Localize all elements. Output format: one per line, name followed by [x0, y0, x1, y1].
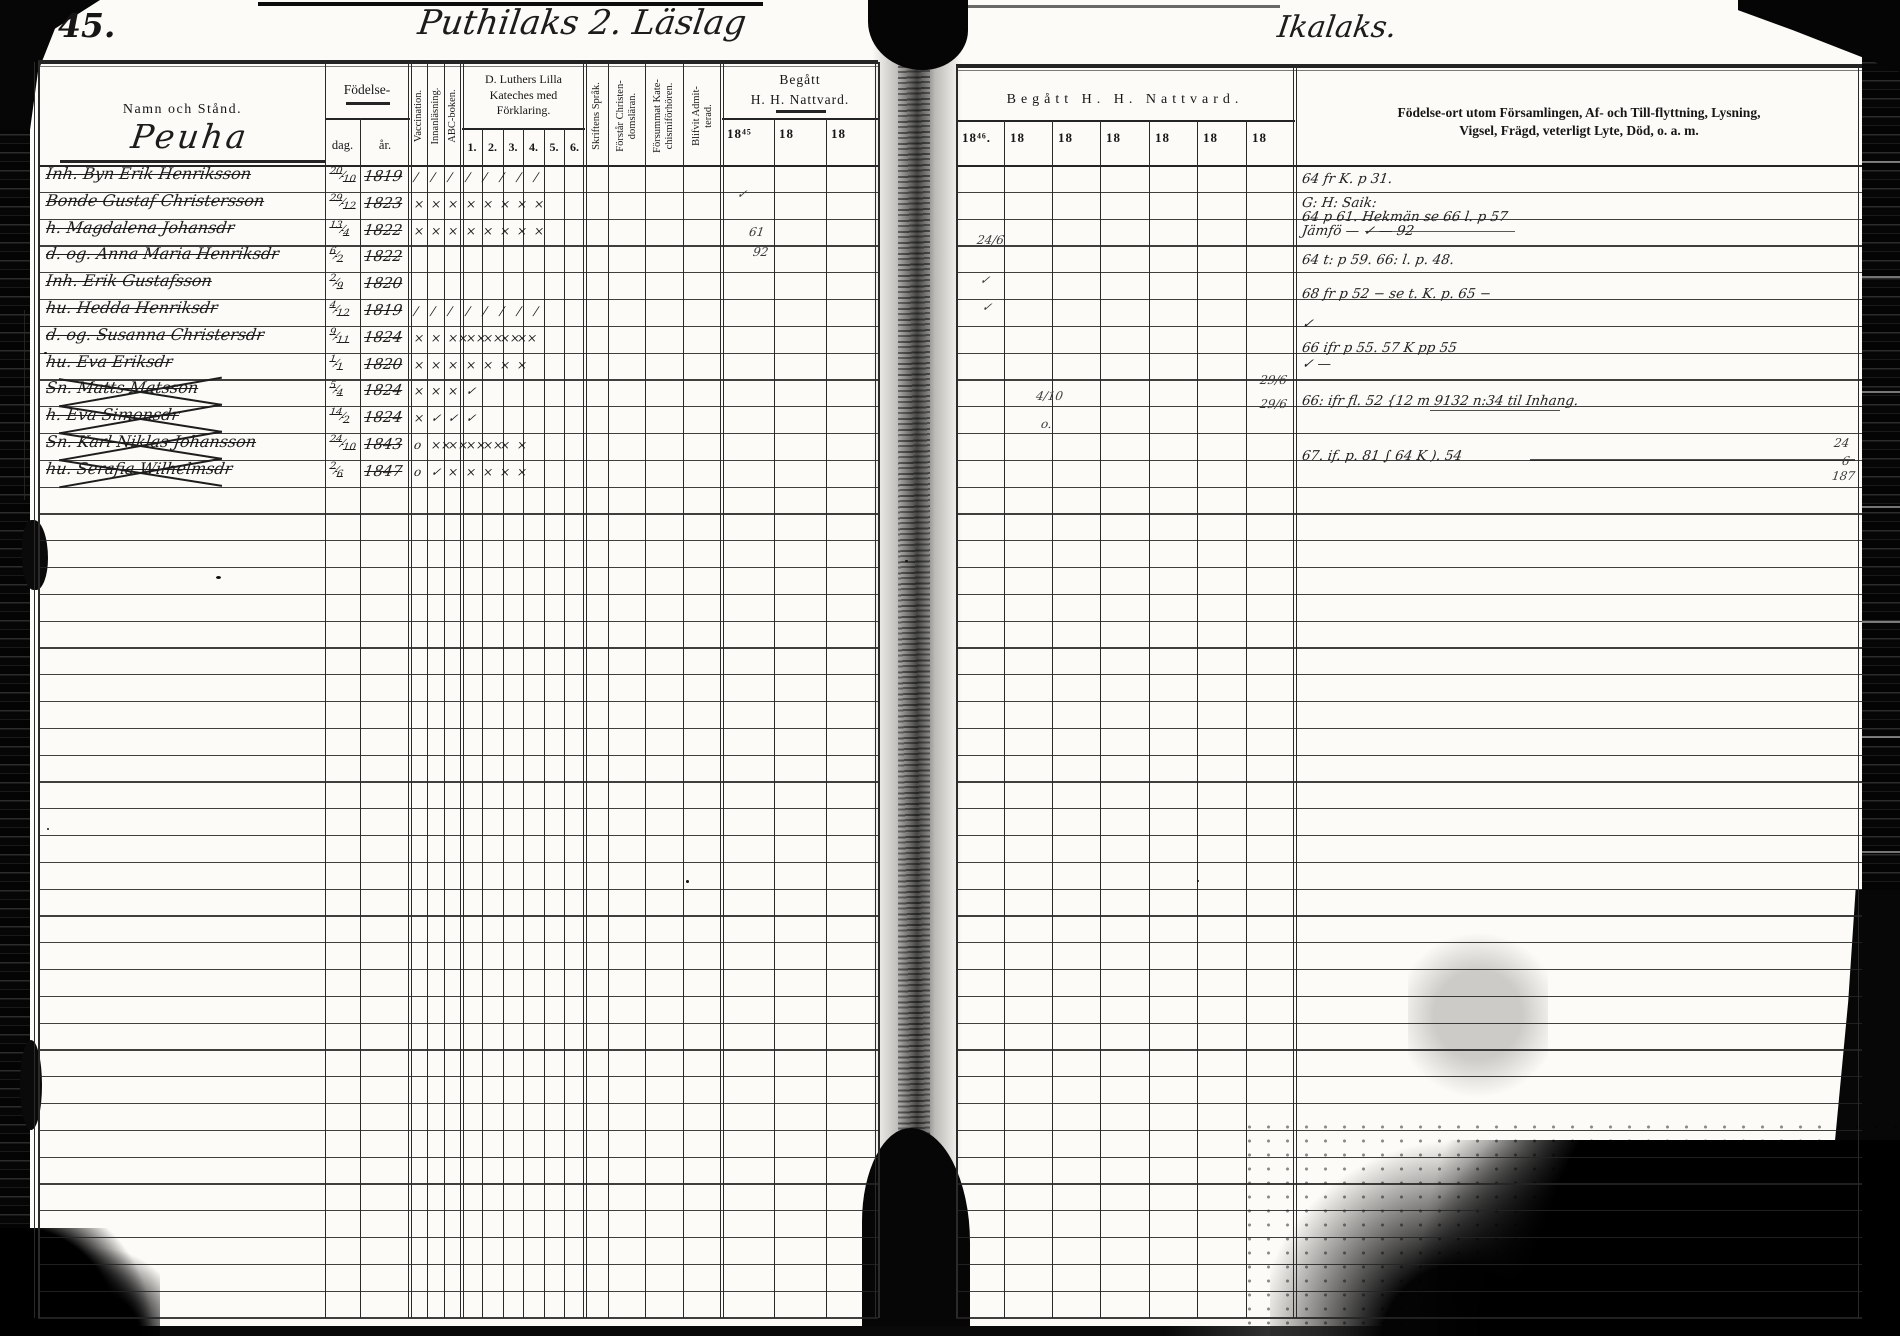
- header-separator-line: [722, 118, 878, 120]
- entry-mark: ✓: [430, 412, 442, 425]
- scan-speck: [686, 880, 689, 883]
- column-line: [34, 62, 35, 1318]
- communion-year-label-right: 18⁴⁶.: [962, 130, 991, 146]
- entry-mark: ×: [465, 198, 477, 211]
- entry-birth-year: 1847: [363, 464, 403, 480]
- entry-mark: ✓: [448, 412, 460, 425]
- ruled-line-left: [38, 1183, 878, 1184]
- column-header-catechism: D. Luthers Lilla Kateches med Förklaring…: [462, 72, 585, 119]
- entry-mark: ×: [430, 225, 442, 238]
- communion-year-label-right: 18: [1058, 130, 1073, 146]
- column-header-vaccination: Vaccination.: [413, 68, 425, 164]
- column-header-remarks: Födelse-ort utom Församlingen, Af- och T…: [1300, 104, 1858, 140]
- ruled-line-left: [38, 540, 878, 541]
- column-line: [38, 62, 40, 1318]
- column-line: [1052, 120, 1053, 1318]
- communion-pencil-note: 24/6: [976, 234, 1005, 247]
- ruled-line-left: [38, 728, 878, 729]
- ruled-line-right: [956, 1076, 1862, 1077]
- ruled-line-left: [38, 1103, 878, 1104]
- entry-mark: ×: [499, 359, 511, 372]
- ruled-line-left: [38, 1210, 878, 1211]
- scan-bottom-right-speckle: [1240, 1120, 1900, 1330]
- entry-birth-day: 9⁄11: [328, 328, 352, 347]
- remark-note: 66 ifr p 55. 57 K pp 55: [1301, 341, 1458, 355]
- ruled-line-left: [38, 835, 878, 836]
- ruled-line-left: [38, 1317, 878, 1318]
- column-line: [411, 62, 412, 1318]
- ruled-line-right: [956, 1183, 1862, 1184]
- column-line: [826, 118, 827, 1318]
- column-header-name: Namn och Stånd.: [60, 102, 305, 118]
- ruled-line-right: [956, 1023, 1862, 1024]
- scan-speck: [905, 560, 908, 562]
- ruled-line-right: [956, 1130, 1862, 1131]
- column-line: [583, 62, 584, 1318]
- scan-speck: [216, 576, 221, 579]
- column-line: [544, 128, 545, 1318]
- communion-pencil-note: ✓: [979, 274, 991, 287]
- ruled-line-left: [38, 1157, 878, 1158]
- entry-birth-year: 1822: [363, 249, 403, 265]
- entry-mark: ×: [413, 385, 425, 398]
- ruled-line-left: [38, 969, 878, 970]
- scan-top-edge-line2: [950, 5, 1280, 8]
- entry-birth-year: 1843: [363, 437, 403, 453]
- column-line: [586, 62, 587, 1318]
- entry-mark: ×: [465, 359, 477, 372]
- remark-note: 66: ifr fl. 52 {12 m 9132 n:34 til Inhan…: [1301, 394, 1579, 408]
- column-line: [875, 62, 876, 1318]
- ruled-line-left: [38, 621, 878, 622]
- scan-corner-top-right: [1738, 0, 1900, 72]
- column-line: [1296, 66, 1297, 1318]
- entry-row-name: d. og. Susanna Christersdr: [45, 327, 322, 344]
- entry-mark: ×: [499, 225, 511, 238]
- entry-mark: o: [413, 466, 422, 479]
- ruled-line-right: [956, 755, 1862, 756]
- communion-pencil-note: ✓: [981, 301, 993, 314]
- column-header-birth-year: år.: [360, 138, 410, 153]
- ruled-line-right: [956, 1317, 1862, 1318]
- ruled-line-right: [956, 192, 1862, 193]
- entry-mark: /: [499, 305, 505, 318]
- entry-mark: ×: [430, 332, 442, 345]
- ruled-line-left: [38, 1049, 878, 1050]
- table-top-border-left2: [38, 66, 878, 67]
- remark-trailing-stroke: [1530, 459, 1855, 461]
- column-line: [774, 118, 775, 1318]
- column-line: [1293, 66, 1294, 1318]
- ruled-line-right: [956, 728, 1862, 729]
- column-header-birth: Födelse-: [327, 82, 407, 98]
- entry-mark: ×: [499, 466, 511, 479]
- ruled-line-left: [38, 1291, 878, 1292]
- communion-pencil-note: 29/6: [1259, 398, 1288, 411]
- entry-mark: /: [516, 305, 522, 318]
- entry-row-name: hu. Hedda Henriksdr: [45, 300, 322, 317]
- remark-note: ✓ —: [1301, 357, 1332, 371]
- column-line: [1004, 120, 1005, 1318]
- ruled-line-left: [38, 1264, 878, 1265]
- scanned-parish-register-spread: 45. Puthilaks 2. Läslag Ikalaks. Namn oc…: [0, 0, 1900, 1336]
- entry-mark: ×: [448, 359, 460, 372]
- ruled-line-right: [956, 808, 1862, 809]
- entry-mark: ×: [448, 466, 460, 479]
- ruled-line-right: [956, 701, 1862, 702]
- ruled-line-right: [956, 621, 1862, 622]
- communion-year-label-left: 18⁴⁵: [727, 126, 752, 142]
- ruled-line-right: [956, 165, 1862, 167]
- ruled-line-right: [956, 1237, 1862, 1238]
- catechism-col-number: 1.: [462, 140, 482, 155]
- entry-row-name: Bonde Gustaf Christersson: [45, 193, 322, 210]
- header-separator-line: [325, 118, 410, 120]
- remark-note: 67. if. p. 81 ∫ 64 K ). 54: [1301, 449, 1463, 463]
- entry-mark: ×: [499, 198, 511, 211]
- entry-birth-day: 2⁄9: [328, 274, 345, 293]
- column-line: [408, 62, 409, 1318]
- ruled-line-right: [956, 969, 1862, 970]
- entry-birth-day: 4⁄12: [328, 301, 352, 320]
- scan-speck: [1197, 880, 1199, 882]
- entry-mark: /: [534, 171, 540, 184]
- column-line: [878, 62, 880, 1318]
- entry-birth-day: 24⁄10: [328, 435, 358, 454]
- ruled-line-right: [956, 889, 1862, 890]
- entry-mark: ×: [448, 385, 460, 398]
- column-header-scripture: Skriftens Språk.: [591, 68, 603, 164]
- ruled-line-right: [956, 647, 1862, 648]
- page-number: 45.: [58, 6, 115, 45]
- village-underline: [60, 160, 325, 163]
- entry-birth-year: 1819: [363, 169, 403, 185]
- ruled-line-left: [38, 487, 878, 488]
- entry-row-name: d. og. Anna Maria Henriksdr: [45, 246, 322, 263]
- entry-row-name: Inh. Byn Erik Henriksson: [45, 166, 322, 183]
- ruled-line-left: [38, 647, 878, 648]
- remark-note: 68 fr p 52 − se t. K. p. 65 −: [1301, 287, 1492, 301]
- column-line: [1197, 120, 1198, 1318]
- column-line: [427, 62, 428, 1318]
- column-line: [460, 62, 461, 1318]
- entry-mark: ×: [413, 225, 425, 238]
- ruled-line-left: [38, 755, 878, 756]
- entry-mark: o: [413, 439, 422, 452]
- entry-mark: ×: [482, 359, 494, 372]
- entry-birth-day: 1⁄1: [328, 355, 345, 374]
- ruled-line-left: [38, 1237, 878, 1238]
- right-page-title: Ikalaks.: [1220, 12, 1454, 44]
- entry-mark: /: [448, 171, 454, 184]
- entry-birth-year: 1819: [363, 303, 403, 319]
- entry-mark: ×: [516, 198, 528, 211]
- communion-pencil-note: 92: [752, 246, 769, 259]
- ruled-line-right: [956, 567, 1862, 568]
- scan-speck: [44, 352, 47, 354]
- column-line: [1246, 120, 1247, 1318]
- ruled-line-left: [38, 889, 878, 890]
- entry-mark: /: [448, 305, 454, 318]
- entry-birth-day: 5⁄4: [328, 381, 345, 400]
- header-separator-line: [956, 120, 1295, 122]
- column-line: [723, 62, 724, 1318]
- entry-mark: ×: [516, 466, 528, 479]
- edge-note: 6: [1841, 455, 1850, 468]
- entry-mark: /: [516, 171, 522, 184]
- entry-mark: /: [465, 305, 471, 318]
- table-top-border-left: [38, 60, 878, 64]
- entry-mark: ×: [516, 439, 528, 452]
- entry-row-name: h. Magdalena Johansdr: [45, 220, 322, 237]
- communion-year-label-right: 18: [1155, 130, 1170, 146]
- margin-stub-line: [24, 310, 25, 500]
- entry-mark: ×: [465, 225, 477, 238]
- ruled-line-right: [956, 1049, 1862, 1050]
- entry-birth-day: 20⁄10: [328, 167, 358, 186]
- ruled-line-left: [38, 674, 878, 675]
- communion-year-label-right: 18: [1106, 130, 1121, 146]
- ruled-line-left: [38, 1130, 878, 1131]
- entry-birth-year: 1822: [363, 223, 403, 239]
- ruled-line-left: [38, 594, 878, 595]
- communion-pencil-note: o.: [1040, 418, 1053, 431]
- communion-year-label-right: 18: [1203, 130, 1218, 146]
- entry-birth-year: 1824: [363, 410, 403, 426]
- ruled-line-right: [956, 835, 1862, 836]
- ruled-line-right: [956, 540, 1862, 541]
- column-line: [645, 62, 646, 1318]
- catechism-col-number: 6.: [564, 140, 585, 155]
- catechism-col-number: 4.: [523, 140, 544, 155]
- ruled-line-right: [956, 781, 1862, 782]
- column-line: [1858, 66, 1859, 1318]
- ruled-line-left: [38, 942, 878, 943]
- ruled-line-left: [38, 701, 878, 702]
- scan-left-border: [0, 0, 30, 1336]
- column-line: [1149, 120, 1150, 1318]
- ruled-line-right: [956, 326, 1862, 327]
- ruled-line-left: [38, 862, 878, 863]
- entry-mark: ×: [430, 359, 442, 372]
- entry-mark: /: [430, 305, 436, 318]
- entry-mark: ✓: [465, 412, 477, 425]
- scan-right-smudge: [1408, 930, 1548, 1100]
- entry-mark: ×: [516, 359, 528, 372]
- entry-mark: /: [430, 171, 436, 184]
- column-line: [360, 118, 361, 1318]
- ruled-line-right: [956, 1264, 1862, 1265]
- left-page-title: Puthilaks 2. Läslag: [369, 6, 794, 42]
- entry-mark: ×: [465, 466, 477, 479]
- ruled-line-right: [956, 513, 1862, 514]
- communion-year-label-left: 18: [831, 126, 846, 142]
- catechism-col-number: 5.: [544, 140, 564, 155]
- entry-birth-year: 1820: [363, 357, 403, 373]
- entry-mark: ×: [499, 439, 511, 452]
- remark-note: 64 t: p 59. 66: l. p. 48.: [1301, 253, 1455, 267]
- entry-birth-year: 1820: [363, 276, 403, 292]
- communion-year-label-right: 18: [1252, 130, 1267, 146]
- village-name: Peuha: [88, 120, 293, 155]
- communion-year-label-left: 18: [779, 126, 794, 142]
- communion-pencil-note: 4/10: [1035, 390, 1064, 403]
- entry-mark: ×: [413, 412, 425, 425]
- column-header-communion-left: Begått H. H. Nattvard.: [722, 70, 878, 109]
- column-line: [463, 62, 464, 1318]
- communion-pencil-note: ✓: [736, 188, 748, 201]
- column-header-communion-right: Begått H. H. Nattvard.: [965, 92, 1285, 108]
- ruled-line-right: [956, 487, 1862, 488]
- entry-mark: ×: [430, 198, 442, 211]
- ruled-line-left: [38, 915, 878, 916]
- entry-mark: ×: [413, 332, 425, 345]
- table-top-border-right2: [956, 70, 1862, 71]
- entry-mark: /: [413, 171, 419, 184]
- entry-mark: ××: [516, 332, 538, 345]
- entry-birth-day: 29⁄12: [328, 194, 358, 213]
- edge-note: 187: [1831, 470, 1856, 483]
- entry-mark: ×: [448, 198, 460, 211]
- entry-birth-year: 1824: [363, 330, 403, 346]
- entry-birth-day: 2⁄6: [328, 462, 345, 481]
- column-header-reading: Innanläsning.: [430, 68, 442, 164]
- communion-pencil-note: 29/6: [1259, 374, 1288, 387]
- scan-left-bump: [22, 520, 48, 590]
- ruled-line-right: [956, 433, 1862, 434]
- column-line: [444, 62, 445, 1318]
- catechism-col-number: 2.: [482, 140, 503, 155]
- entry-mark: /: [534, 305, 540, 318]
- ruled-line-right: [956, 942, 1862, 943]
- entry-mark: ×: [430, 385, 442, 398]
- entry-birth-day: 13⁄4: [328, 221, 352, 240]
- catechism-col-number: 3.: [503, 140, 523, 155]
- entry-mark: ×: [413, 198, 425, 211]
- edge-note: 24: [1833, 437, 1850, 450]
- entry-row-name: Inh. Erik Gustafsson: [45, 273, 322, 290]
- column-header-admitted: Blifvit Admit- terad.: [691, 68, 715, 164]
- entry-mark: ×: [482, 198, 494, 211]
- scan-corner-bottom-left: [0, 1228, 160, 1336]
- entry-row-name: hu. Eva Eriksdr: [45, 354, 322, 371]
- table-top-border-right: [956, 64, 1862, 68]
- entry-birth-year: 1823: [363, 196, 403, 212]
- ruled-line-left: [38, 996, 878, 997]
- ruled-line-right: [956, 1157, 1862, 1158]
- entry-mark: /: [413, 305, 419, 318]
- ruled-line-right: [956, 674, 1862, 675]
- ruled-line-right: [956, 379, 1862, 380]
- ruled-line-left: [38, 513, 878, 514]
- ruled-line-right: [956, 862, 1862, 863]
- ruled-line-left: [38, 567, 878, 568]
- entry-mark: ✓: [430, 466, 442, 479]
- ruled-line-left: [38, 1023, 878, 1024]
- remark-underline-stroke: [1430, 410, 1560, 411]
- ruled-line-right: [956, 272, 1862, 273]
- entry-mark: ×: [482, 466, 494, 479]
- ruled-line-right: [956, 1210, 1862, 1211]
- column-header-birth-day: dag.: [325, 138, 360, 153]
- column-line: [720, 62, 721, 1318]
- entry-birth-day: 6⁄2: [328, 247, 345, 266]
- remark-trailing-stroke: [1365, 231, 1515, 232]
- communion-pencil-note: 61: [748, 226, 765, 239]
- entry-mark: /: [465, 171, 471, 184]
- ruled-line-left: [38, 808, 878, 809]
- column-line: [564, 128, 565, 1318]
- column-header-abc-book: ABC-boken.: [447, 68, 459, 164]
- entry-mark: ×: [516, 225, 528, 238]
- scan-speck: [47, 828, 49, 830]
- ruled-line-left: [38, 781, 878, 782]
- column-line: [325, 62, 326, 1318]
- ruled-line-left: [38, 1076, 878, 1077]
- communion-year-label-right: 18: [1010, 130, 1025, 146]
- column-line: [1100, 120, 1101, 1318]
- entry-mark: /: [482, 171, 488, 184]
- ruled-line-right: [956, 996, 1862, 997]
- entry-mark: ×: [482, 225, 494, 238]
- entry-mark: /: [499, 171, 505, 184]
- entry-mark: ✓: [465, 385, 477, 398]
- ruled-line-right: [956, 245, 1862, 246]
- column-line: [683, 62, 684, 1318]
- entry-birth-year: 1824: [363, 383, 403, 399]
- entry-mark: ×: [413, 359, 425, 372]
- entry-mark: /: [482, 305, 488, 318]
- communion-left-underline: [776, 110, 826, 113]
- ruled-line-right: [956, 1291, 1862, 1292]
- birth-underline: [346, 102, 390, 105]
- ruled-line-right: [956, 1103, 1862, 1104]
- column-line: [523, 128, 524, 1318]
- column-header-understands: Förstår Christen- domsläran.: [615, 68, 639, 164]
- ruled-line-right: [956, 915, 1862, 916]
- remark-note: ✓: [1301, 317, 1314, 331]
- ruled-line-right: [956, 594, 1862, 595]
- column-line: [956, 66, 958, 1318]
- remark-note: 64 fr K. p 31.: [1301, 172, 1393, 186]
- entry-birth-day: 14⁄2: [328, 408, 352, 427]
- entry-mark: ×: [448, 225, 460, 238]
- column-line: [608, 62, 609, 1318]
- column-header-missed-catechism: Försummat Kate- chismiförhören.: [652, 68, 676, 164]
